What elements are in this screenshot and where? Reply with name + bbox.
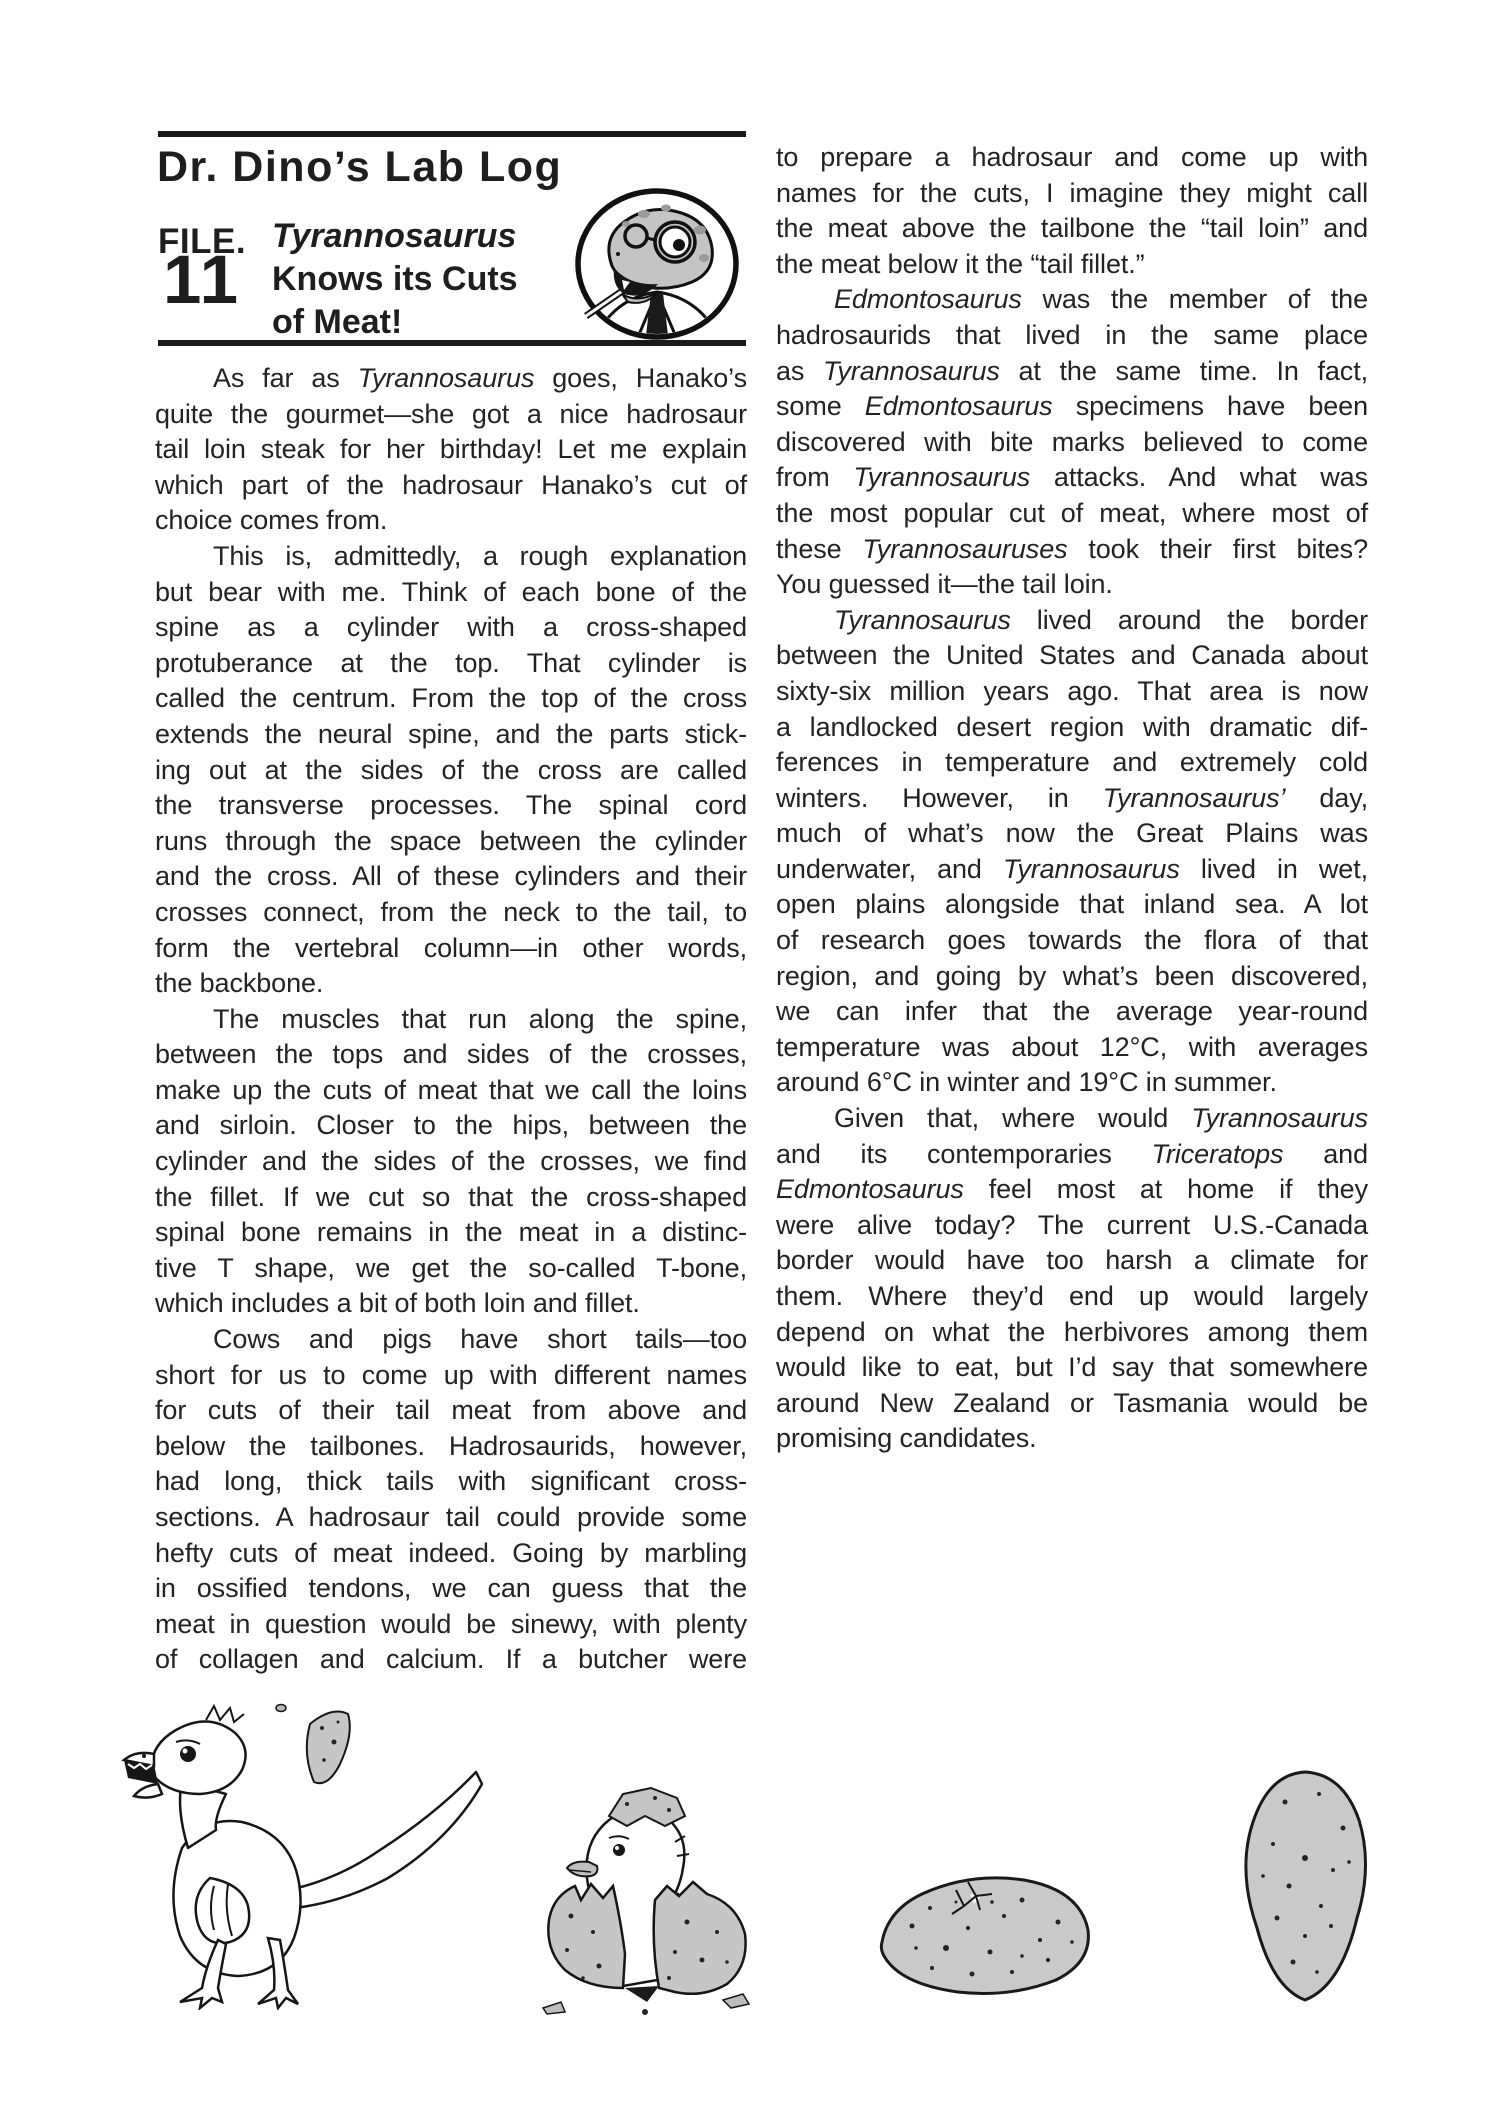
text-line: open plains alongside that inland sea. A…: [776, 887, 1368, 923]
text-line: You guessed it—the tail loin.: [776, 567, 1368, 603]
text-line: tail loin steak for her birthday! Let me…: [155, 432, 747, 468]
text-line: a landlocked desert region with dramatic…: [776, 710, 1368, 746]
cracked-egg-illustration: [872, 1856, 1097, 2001]
page-title: Dr. Dino’s Lab Log: [157, 143, 562, 192]
text-line: below the tailbones. Hadrosaurids, howev…: [155, 1429, 747, 1465]
file-number: 11: [163, 240, 240, 319]
paragraph: Tyrannosaurus lived around the borderbet…: [776, 603, 1368, 1101]
text-line: cylinder and the sides of the crosses, w…: [155, 1144, 747, 1180]
text-line: form the vertebral column—in other words…: [155, 931, 747, 967]
text-line: border would have too harsh a climate fo…: [776, 1243, 1368, 1279]
text-line: spinal bone remains in the meat in a dis…: [155, 1215, 747, 1251]
text-line: the backbone.: [155, 966, 747, 1002]
text-line: between the United States and Canada abo…: [776, 638, 1368, 674]
text-line: names for the cuts, I imagine they might…: [776, 176, 1368, 212]
text-line: crosses connect, from the neck to the ta…: [155, 895, 747, 931]
text-line: Edmontosaurus was the member of the: [776, 282, 1368, 318]
text-line: which includes a bit of both loin and fi…: [155, 1286, 747, 1322]
text-line: but bear with me. Think of each bone of …: [155, 575, 747, 611]
text-line: protuberance at the top. That cylinder i…: [155, 646, 747, 682]
text-line: extends the neural spine, and the parts …: [155, 717, 747, 753]
text-line: the meat below it the “tail fillet.”: [776, 247, 1368, 283]
text-line: would like to eat, but I’d say that some…: [776, 1350, 1368, 1386]
text-line: quite the gourmet—she got a nice hadrosa…: [155, 397, 747, 433]
paragraph: This is, admittedly, a rough explanation…: [155, 539, 747, 1002]
whole-egg-illustration: [1233, 1766, 1373, 2008]
text-line: much of what’s now the Great Plains was: [776, 816, 1368, 852]
episode-title: Tyrannosaurus Knows its Cuts of Meat!: [272, 215, 518, 344]
text-line: called the centrum. From the top of the …: [155, 681, 747, 717]
text-line: sections. A hadrosaur tail could provide…: [155, 1500, 747, 1536]
text-line: and sirloin. Closer to the hips, between…: [155, 1108, 747, 1144]
text-line: underwater, and Tyrannosaurus lived in w…: [776, 852, 1368, 888]
text-line: we can infer that the average year-round: [776, 994, 1368, 1030]
article-column-left: As far as Tyrannosaurus goes, Hanako’squ…: [155, 361, 747, 1678]
text-line: region, and going by what’s been discove…: [776, 959, 1368, 995]
article-column-right: to prepare a hadrosaur and come up withn…: [776, 140, 1368, 1457]
text-line: hadrosaurids that lived in the same plac…: [776, 318, 1368, 354]
text-line: hefty cuts of meat indeed. Going by marb…: [155, 1536, 747, 1572]
text-line: these Tyrannosauruses took their first b…: [776, 532, 1368, 568]
text-line: promising candidates.: [776, 1421, 1368, 1457]
text-line: around 6°C in winter and 19°C in summer.: [776, 1065, 1368, 1101]
text-line: depend on what the herbivores among them: [776, 1315, 1368, 1351]
text-line: as Tyrannosaurus at the same time. In fa…: [776, 354, 1368, 390]
header-top-rule: [158, 131, 746, 137]
text-line: runs through the space between the cylin…: [155, 824, 747, 860]
dr-dino-mascot-icon: [572, 186, 742, 344]
text-line: Edmontosaurus feel most at home if they: [776, 1172, 1368, 1208]
text-line: and its contemporaries Triceratops and: [776, 1137, 1368, 1173]
text-line: make up the cuts of meat that we call th…: [155, 1073, 747, 1109]
text-line: some Edmontosaurus specimens have been: [776, 389, 1368, 425]
text-line: This is, admittedly, a rough explanation: [155, 539, 747, 575]
text-line: them. Where they’d end up would largely: [776, 1279, 1368, 1315]
text-line: sixty-six million years ago. That area i…: [776, 674, 1368, 710]
text-line: the meat above the tailbone the “tail lo…: [776, 211, 1368, 247]
text-line: the fillet. If we cut so that the cross-…: [155, 1180, 747, 1216]
text-line: around New Zealand or Tasmania would be: [776, 1386, 1368, 1422]
text-line: tive T shape, we get the so-called T-bon…: [155, 1251, 747, 1287]
hatching-chick-illustration: [527, 1782, 762, 2020]
text-line: from Tyrannosaurus attacks. And what was: [776, 460, 1368, 496]
text-line: of collagen and calcium. If a butcher we…: [155, 1642, 747, 1678]
text-line: short for us to come up with different n…: [155, 1358, 747, 1394]
text-line: for cuts of their tail meat from above a…: [155, 1393, 747, 1429]
text-line: temperature was about 12°C, with average…: [776, 1030, 1368, 1066]
text-line: As far as Tyrannosaurus goes, Hanako’s: [155, 361, 747, 397]
text-line: Tyrannosaurus lived around the border: [776, 603, 1368, 639]
text-line: in ossified tendons, we can guess that t…: [155, 1571, 747, 1607]
paragraph: The muscles that run along the spine,bet…: [155, 1002, 747, 1322]
paragraph: Given that, where would Tyrannosaurusand…: [776, 1101, 1368, 1457]
header-bottom-rule: [158, 340, 746, 346]
text-line: the transverse processes. The spinal cor…: [155, 788, 747, 824]
text-line: were alive today? The current U.S.-Canad…: [776, 1208, 1368, 1244]
episode-title-line: of Meat!: [272, 301, 518, 344]
text-line: ferences in temperature and extremely co…: [776, 745, 1368, 781]
episode-title-line: Tyrannosaurus: [272, 215, 518, 258]
paragraph: Edmontosaurus was the member of thehadro…: [776, 282, 1368, 602]
text-line: Given that, where would Tyrannosaurus: [776, 1101, 1368, 1137]
text-line: the most popular cut of meat, where most…: [776, 496, 1368, 532]
paragraph: to prepare a hadrosaur and come up withn…: [776, 140, 1368, 282]
text-line: discovered with bite marks believed to c…: [776, 425, 1368, 461]
text-line: spine as a cylinder with a cross-shaped: [155, 610, 747, 646]
eggshell-right: [654, 1882, 746, 1994]
comic-page: Dr. Dino’s Lab Log FILE. 11 Tyrannosauru…: [0, 0, 1500, 2106]
eggshell-left: [548, 1884, 625, 1988]
text-line: of research goes towards the flora of th…: [776, 923, 1368, 959]
text-line: between the tops and sides of the crosse…: [155, 1037, 747, 1073]
text-line: winters. However, in Tyrannosaurus’ day,: [776, 781, 1368, 817]
paragraph: As far as Tyrannosaurus goes, Hanako’squ…: [155, 361, 747, 539]
episode-title-line: Knows its Cuts: [272, 258, 518, 301]
paragraph: Cows and pigs have short tails—tooshort …: [155, 1322, 747, 1678]
text-line: had long, thick tails with significant c…: [155, 1464, 747, 1500]
text-line: to prepare a hadrosaur and come up with: [776, 140, 1368, 176]
text-line: and the cross. All of these cylinders an…: [155, 859, 747, 895]
text-line: meat in question would be sinewy, with p…: [155, 1607, 747, 1643]
text-line: Cows and pigs have short tails—too: [155, 1322, 747, 1358]
text-line: ing out at the sides of the cross are ca…: [155, 753, 747, 789]
text-line: The muscles that run along the spine,: [155, 1002, 747, 1038]
text-line: which part of the hadrosaur Hanako’s cut…: [155, 468, 747, 504]
eggshell-fragment: [307, 1712, 350, 1784]
baby-dino-illustration: [118, 1698, 488, 2010]
text-line: choice comes from.: [155, 503, 747, 539]
